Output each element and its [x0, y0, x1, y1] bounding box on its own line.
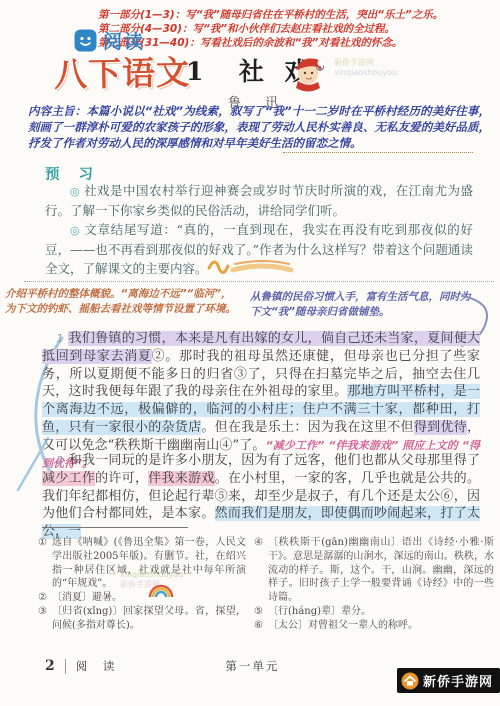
- site-logo: 新侨手游网: [397, 668, 500, 693]
- footnote-marker: ⑥: [254, 619, 263, 633]
- footnote-text: 〔太公〕对曾祖父一辈人的称呼。: [268, 620, 418, 631]
- body-text: 和我一同玩的是许多小朋友，因为有了远客，他们也都从父母那里得了: [68, 453, 480, 468]
- body-text: 。但在我是乐土：因为我在这里不但: [201, 420, 413, 435]
- site-watermark-footnotes: xinqiaoshouyou 新侨手游网: [120, 570, 250, 590]
- outline-line-2: 第二部分(4—30)：写“我”和小伙伴们去赵庄看社戏的全过程。: [98, 22, 496, 36]
- outline-line-1: 第一部分(1—3)：写“我”随母归省住在平桥村的生活，突出“乐土”之乐。: [98, 8, 496, 22]
- footnote-marker: ④: [254, 536, 263, 550]
- footnote-divider: [42, 527, 188, 528]
- footer-section-label: 阅 读: [76, 658, 121, 674]
- preview-item-text: 社戏是中国农村举行迎神赛会或岁时节庆时所演的戏，在江南尤为盛行。了解一下你家乡类…: [45, 183, 473, 218]
- body-text: 的许可，: [95, 471, 148, 486]
- paragraph-number: 1: [56, 332, 63, 345]
- footnote-item: ②〔消夏〕避暑。: [38, 591, 246, 605]
- footer-unit-label: 第一单元: [225, 658, 279, 674]
- paragraph-number: 2: [56, 454, 63, 467]
- footnote-item: ⑤〔行(háng)辈〕辈分。: [254, 605, 494, 619]
- dotted-separator: [24, 281, 494, 282]
- site-watermark-title: 新侨手游网 xinqiaoshouyou: [334, 58, 484, 78]
- footnote-item: ③〔归省(xǐng)〕回家探望父母。省，探望，问候(多指对尊长)。: [38, 605, 246, 633]
- footnote-marker: ②: [38, 591, 47, 605]
- watermark-text-latin: xinqiaoshouyou: [334, 68, 484, 78]
- preview-bullet-icon: ◎: [70, 185, 80, 198]
- handwritten-outline-red: 第一部分(1—3)：写“我”随母归省住在平桥村的生活，突出“乐土”之乐。 第二部…: [98, 8, 496, 50]
- preview-item-1: ◎社戏是中国农村举行迎神赛会或岁时节庆时所演的戏，在江南尤为盛行。了解一下你家乡…: [45, 181, 473, 220]
- site-logo-text: 新侨手游网: [423, 671, 493, 690]
- page-footer: 2 阅 读 第一单元: [45, 658, 279, 674]
- annotation-right-violet: 从鲁镇的民俗习惯入手，富有生活气息，同时为下文“我”随母亲归省做铺垫。: [250, 290, 472, 319]
- footnote-marker: ①: [38, 536, 47, 550]
- footnote-text: 〔秩秩斯干(gān)幽幽南山〕语出《诗经·小雅·斯干》。意思是潺潺的山涧水，深远…: [268, 537, 494, 603]
- highlighted-text-pink: 减少工作: [42, 471, 95, 486]
- highlighted-text-pink: 伴我来游戏: [148, 471, 214, 486]
- footnote-text: 〔行(háng)辈〕辈分。: [268, 606, 371, 617]
- footer-divider: [65, 659, 66, 674]
- series-watermark: 八下语文: [54, 47, 191, 96]
- house-icon: [401, 672, 419, 690]
- footnote-text: 〔消夏〕避暑。: [52, 592, 122, 603]
- handwritten-summary-blue: 内容主旨：本篇小说以“社戏”为线索，叙写了“我”十一二岁时在平桥村经历的美好往事…: [28, 103, 490, 151]
- footnote-text: 〔归省(xǐng)〕回家探望父母。省，探望，问候(多指对尊长)。: [52, 606, 246, 631]
- summary-dotted-underline: [283, 152, 473, 153]
- annotation-left-orange: 介绍平桥村的整体概貌。“离海边不远”“临河”，为下文的钓虾、摇船去看社戏等情节设…: [5, 287, 237, 316]
- highlighted-text-purple: 得到优待: [414, 420, 467, 435]
- watermark-text-cn: 新侨手游网: [120, 580, 250, 590]
- footnote-marker: ⑤: [254, 605, 263, 619]
- page-number: 2: [45, 658, 55, 674]
- lesson-number: 1: [186, 57, 209, 86]
- watermark-text-latin: xinqiaoshouyou: [120, 570, 250, 580]
- textbook-page: 第一部分(1—3)：写“我”随母归省住在平桥村的生活，突出“乐土”之乐。 第二部…: [0, 0, 500, 706]
- preview-bullet-icon: ◎: [70, 224, 80, 237]
- orange-doodle-icon: [205, 252, 295, 278]
- footnotes-right-column: ④〔秩秩斯干(gān)幽幽南山〕语出《诗经·小雅·斯干》。意思是潺潺的山涧水，深…: [254, 536, 494, 633]
- santa-mascot-sticker: [290, 50, 332, 94]
- watermark-text-cn: 新侨手游网: [334, 58, 484, 68]
- footnote-item: ④〔秩秩斯干(gān)幽幽南山〕语出《诗经·小雅·斯干》。意思是潺潺的山涧水，深…: [254, 536, 494, 605]
- footnote-marker: ③: [38, 605, 47, 619]
- footnote-item: ⑥〔太公〕对曾祖父一辈人的称呼。: [254, 619, 494, 633]
